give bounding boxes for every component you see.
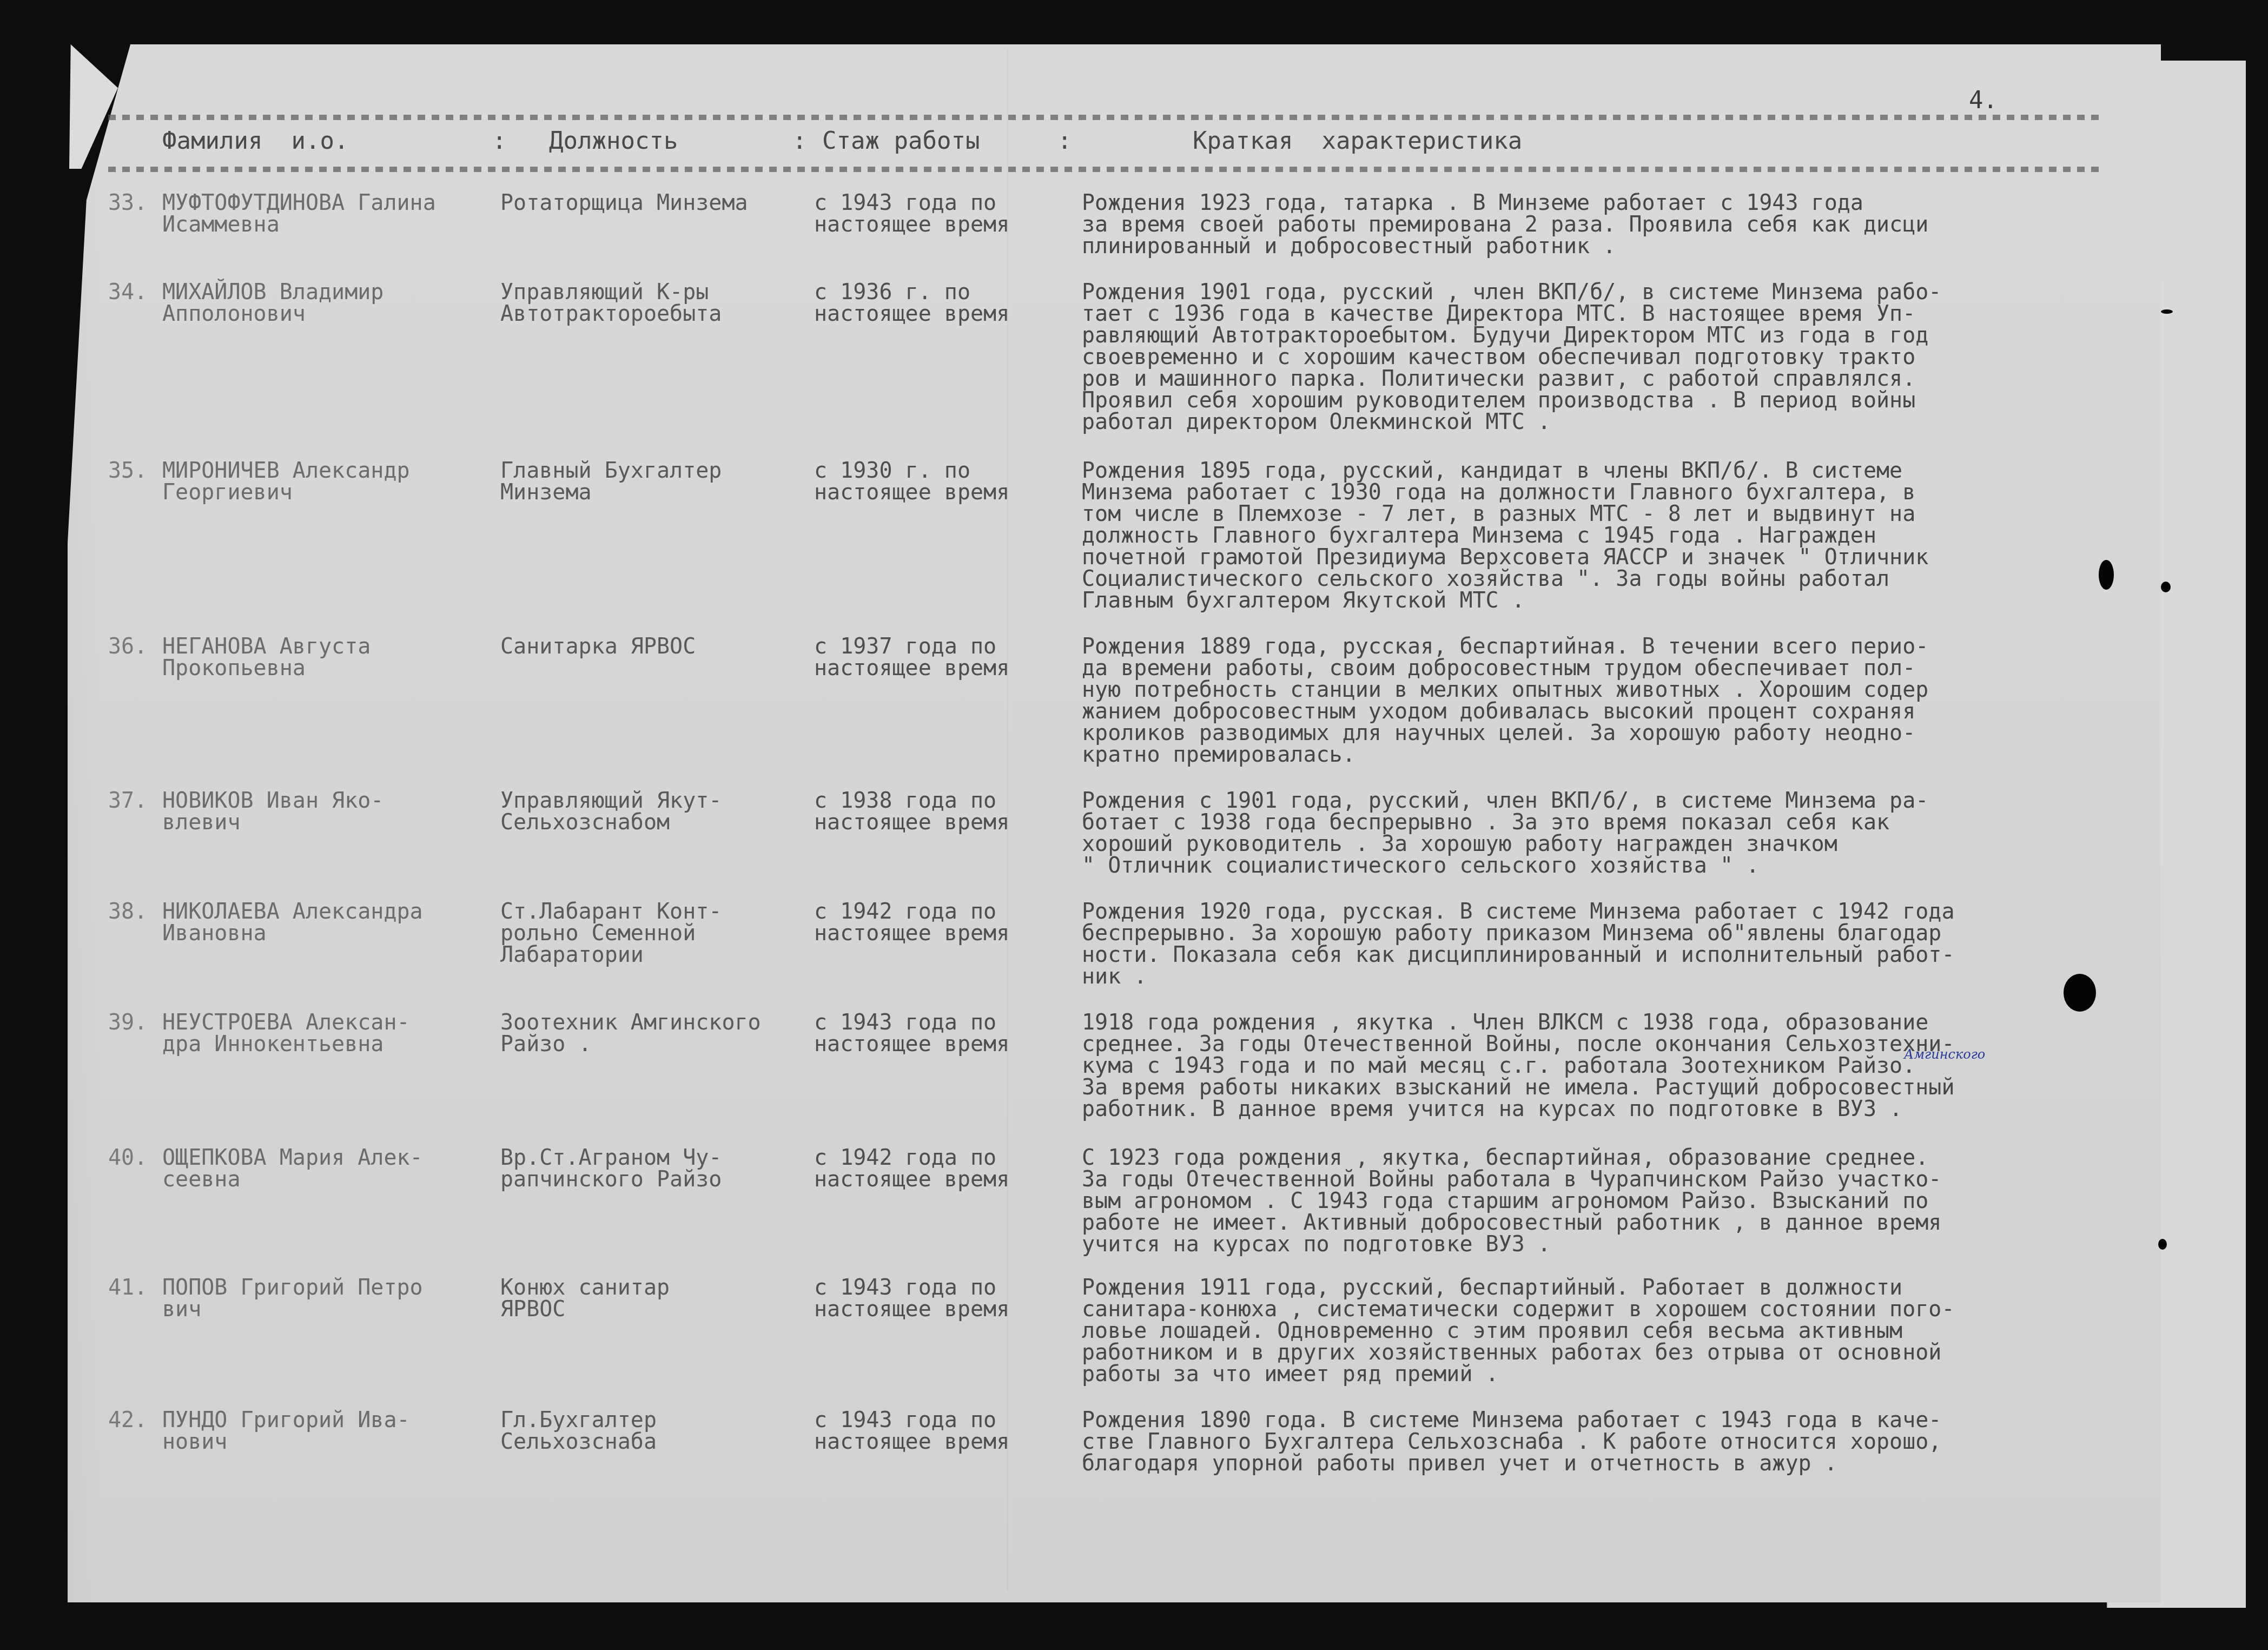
entry-description: Рождения с 1901 года, русский, член ВКП/…: [1082, 790, 2082, 876]
entry-tenure: с 1937 года по настоящее время: [814, 636, 1052, 679]
entry-tenure: с 1943 года по настоящее время: [814, 1012, 1052, 1055]
entry-description: Рождения 1889 года, русская, беспартийна…: [1082, 636, 2082, 765]
entry-number: 36.: [108, 636, 147, 657]
ink-blot: [2064, 974, 2096, 1012]
handwritten-insertion: Амгинского: [1904, 1047, 1985, 1062]
ink-mark: [2161, 582, 2171, 592]
page-number: 4.: [1969, 87, 1998, 114]
entry-number: 33.: [108, 192, 147, 214]
entry-name: НОВИКОВ Иван Яко- влевич: [162, 790, 498, 833]
entry-name: ОЩЕПКОВА Мария Алек- сеевна: [162, 1147, 498, 1190]
entry-description: Рождения 1911 года, русский, беспартийны…: [1082, 1277, 2082, 1385]
header-separator: :: [1057, 127, 1072, 155]
entry-name: НЕГАНОВА Августа Прокопьевна: [162, 636, 498, 679]
ink-mark: [2158, 1239, 2167, 1250]
entry-position: Санитарка ЯРВОС: [500, 636, 819, 657]
table-header: Фамилия и.о. : Должность : Стаж работы :…: [108, 127, 2104, 160]
entry-name: МИХАЙЛОВ Владимир Апполонович: [162, 281, 498, 325]
entry-number: 39.: [108, 1012, 147, 1033]
ink-mark: [2161, 309, 2173, 314]
header-separator: :: [492, 127, 507, 155]
entry-tenure: с 1936 г. по настоящее время: [814, 281, 1052, 325]
entry-name: НИКОЛАЕВА Александра Ивановна: [162, 901, 498, 944]
entry-position: Конюх санитар ЯРВОС: [500, 1277, 819, 1320]
entry-position: Управляющий К-ры Автотрактороебыта: [500, 281, 819, 325]
entry-number: 40.: [108, 1147, 147, 1169]
entry-number: 41.: [108, 1277, 147, 1298]
header-description: Краткая характеристика: [1193, 127, 1522, 155]
entry-tenure: с 1930 г. по настоящее время: [814, 460, 1052, 503]
entry-number: 42.: [108, 1409, 147, 1431]
entry-description: Рождения 1895 года, русский, кандидат в …: [1082, 460, 2082, 611]
ink-blot: [2099, 560, 2114, 590]
entry-tenure: с 1943 года по настоящее время: [814, 192, 1052, 235]
entry-description: 1918 года рождения , якутка . Член ВЛКСМ…: [1082, 1012, 2082, 1120]
entry-tenure: с 1942 года по настоящее время: [814, 1147, 1052, 1190]
entry-position: Зоотехник Амгинского Райзо .: [500, 1012, 819, 1055]
entry-name: МИРОНИЧЕВ Александр Георгиевич: [162, 460, 498, 503]
entry-tenure: с 1938 года по настоящее время: [814, 790, 1052, 833]
entry-number: 34.: [108, 281, 147, 303]
entry-description: Рождения 1920 года, русская. В системе М…: [1082, 901, 2082, 987]
entry-tenure: с 1942 года по настоящее время: [814, 901, 1052, 944]
entry-number: 37.: [108, 790, 147, 811]
header-tenure: Стаж работы: [822, 127, 980, 155]
header-position: Должность: [549, 127, 678, 155]
entry-description: С 1923 года рождения , якутка, беспартий…: [1082, 1147, 2082, 1255]
header-top-rule: [108, 115, 2104, 120]
entry-position: Вр.Ст.Аграном Чу- рапчинского Райзо: [500, 1147, 819, 1190]
entry-tenure: с 1943 года по настоящее время: [814, 1409, 1052, 1453]
entry-description: Рождения 1901 года, русский , член ВКП/б…: [1082, 281, 2082, 433]
entry-tenure: с 1943 года по настоящее время: [814, 1277, 1052, 1320]
entry-name: МУФТОФУТДИНОВА Галина Исаммевна: [162, 192, 498, 235]
header-name: Фамилия и.о.: [162, 127, 348, 155]
entry-position: Ст.Лабарант Конт- рольно Семенной Лабара…: [500, 901, 819, 966]
header-separator: :: [792, 127, 807, 155]
entry-position: Главный Бухгалтер Минзема: [500, 460, 819, 503]
entry-number: 35.: [108, 460, 147, 481]
entry-position: Ротаторщица Минзема: [500, 192, 819, 214]
entry-description: Рождения 1923 года, татарка . В Минземе …: [1082, 192, 2082, 257]
entry-name: ПУНДО Григорий Ива- нович: [162, 1409, 498, 1453]
entry-description: Рождения 1890 года. В системе Минзема ра…: [1082, 1409, 2082, 1474]
entry-name: ПОПОВ Григорий Петро вич: [162, 1277, 498, 1320]
entry-number: 38.: [108, 901, 147, 922]
entry-position: Гл.Бухгалтер Сельхозснаба: [500, 1409, 819, 1453]
header-bottom-rule: [108, 167, 2104, 172]
entry-position: Управляющий Якут- Сельхозснабом: [500, 790, 819, 833]
entry-name: НЕУСТРОЕВА Алексан- дра Иннокентьевна: [162, 1012, 498, 1055]
